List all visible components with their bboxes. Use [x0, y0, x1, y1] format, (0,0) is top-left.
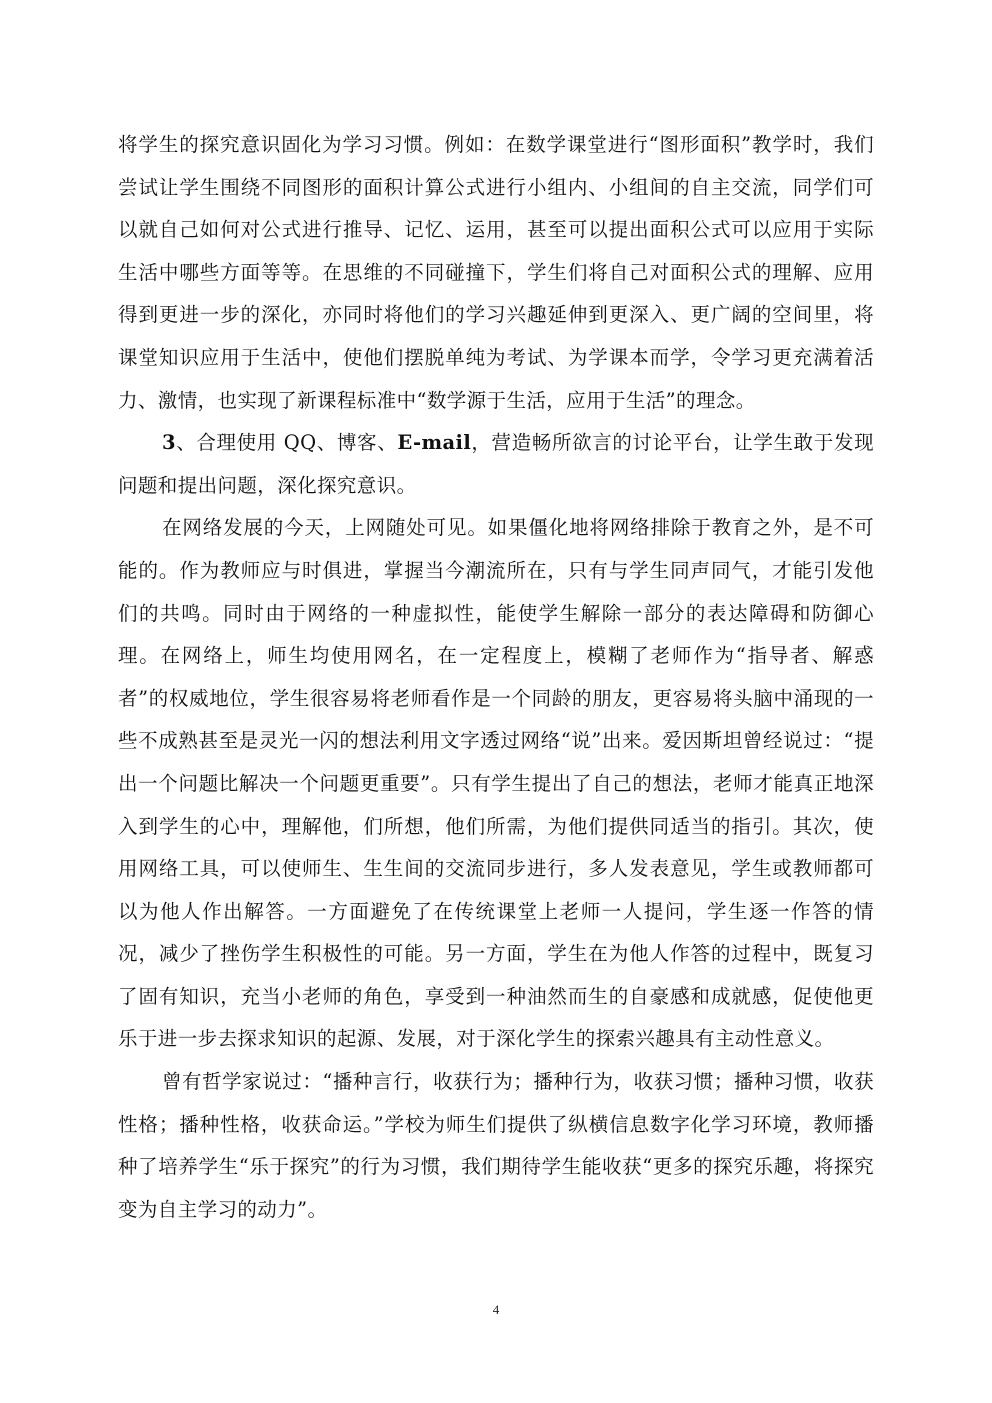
- paragraph-network-discussion: 在网络发展的今天，上网随处可见。如果僵化地将网络排除于教育之外，是不可能的。作为…: [118, 507, 874, 1061]
- section-heading-email: E-mail: [397, 431, 471, 454]
- document-body: 将学生的探究意识固化为学习习惯。例如：在数学课堂进行“图形面积”教学时，我们尝试…: [118, 124, 874, 1231]
- document-page: 将学生的探究意识固化为学习习惯。例如：在数学课堂进行“图形面积”教学时，我们尝试…: [0, 0, 992, 1403]
- section-number: 3: [162, 431, 176, 454]
- paragraph-inquiry-habit: 将学生的探究意识固化为学习习惯。例如：在数学课堂进行“图形面积”教学时，我们尝试…: [118, 124, 874, 422]
- paragraph-conclusion: 曾有哲学家说过：“播种言行，收获行为；播种行为，收获习惯；播种习惯，收获性格；播…: [118, 1061, 874, 1231]
- section-heading-3: 3、合理使用 QQ、博客、E-mail，营造畅所欲言的讨论平台，让学生敢于发现问…: [118, 422, 874, 507]
- page-number: 4: [0, 1302, 992, 1318]
- section-heading-part1: 、合理使用 QQ、博客、: [176, 431, 397, 454]
